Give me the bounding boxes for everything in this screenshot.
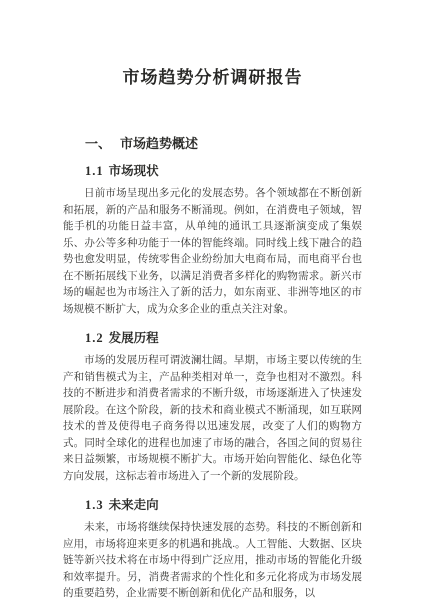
section-market-status: 1.1市场现状 日前市场呈现出多元化的发展态势。各个领域都在不断创新和拓展，新的… xyxy=(63,163,362,318)
section-heading-1-1: 1.1市场现状 xyxy=(63,163,362,180)
section-body-1-3: 未来，市场将继续保持快速发展的态势。科技的不断创新和应用，市场将迎来更多的机遇和… xyxy=(63,520,362,600)
chapter-heading: 一、市场趋势概述 xyxy=(63,135,362,152)
section-heading-1-2: 1.2发展历程 xyxy=(63,330,362,347)
section-number: 1.2 xyxy=(85,331,104,345)
chapter-title: 市场趋势概述 xyxy=(120,136,198,151)
section-number: 1.1 xyxy=(85,164,104,178)
section-label: 市场现状 xyxy=(109,164,159,178)
document-title: 市场趋势分析调研报告 xyxy=(63,67,362,89)
section-label: 发展历程 xyxy=(109,331,159,345)
section-label: 未来走向 xyxy=(109,498,159,512)
section-development-history: 1.2发展历程 市场的发展历程可谓波澜壮阔。早期，市场主要以传统的生产和销售模式… xyxy=(63,330,362,485)
chapter-number: 一、 xyxy=(85,136,111,151)
section-body-1-2: 市场的发展历程可谓波澜壮阔。早期，市场主要以传统的生产和销售模式为主，产品种类相… xyxy=(63,353,362,485)
section-heading-1-3: 1.3未来走向 xyxy=(63,497,362,514)
section-number: 1.3 xyxy=(85,498,104,512)
section-future-direction: 1.3未来走向 未来，市场将继续保持快速发展的态势。科技的不断创新和应用，市场将… xyxy=(63,497,362,600)
document-page: 市场趋势分析调研报告 一、市场趋势概述 1.1市场现状 日前市场呈现出多元化的发… xyxy=(0,0,424,600)
section-body-1-1: 日前市场呈现出多元化的发展态势。各个领域都在不断创新和拓展，新的产品和服务不断涌… xyxy=(63,186,362,318)
